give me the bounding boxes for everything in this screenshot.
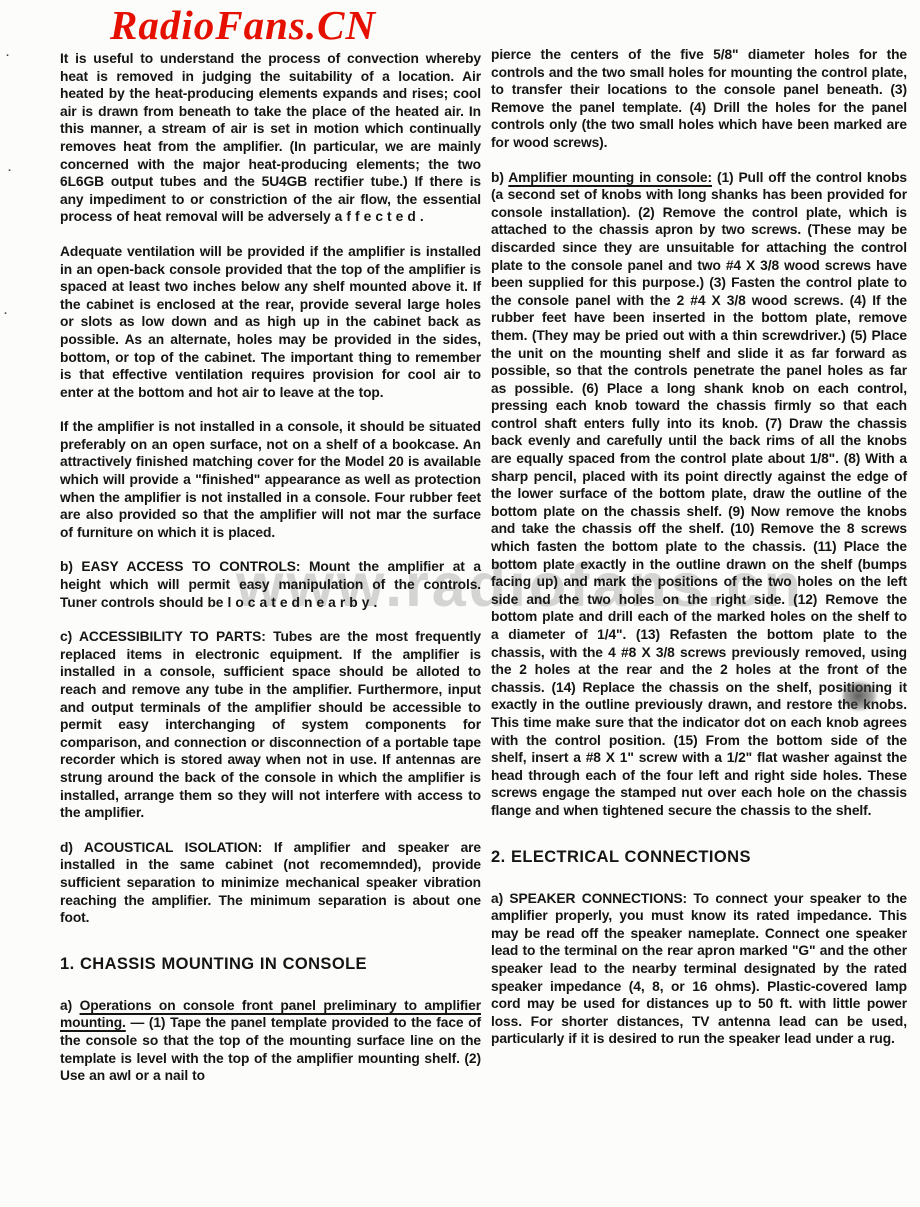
item-label: a): [60, 998, 72, 1013]
paragraph-console-front-panel-operations: a) Operations on console front panel pre…: [60, 997, 481, 1085]
scanned-manual-page: RadioFans.CN www.radiofans.cn It is usef…: [0, 0, 920, 1207]
paragraph-adequate-ventilation: Adequate ventilation will be provided if…: [60, 243, 481, 401]
right-column: pierce the centers of the five 5/8" diam…: [491, 46, 907, 1065]
paragraph-accessibility-to-parts: c) ACCESSIBILITY TO PARTS: Tubes are the…: [60, 628, 481, 822]
section-heading-chassis-mounting: 1. CHASSIS MOUNTING IN CONSOLE: [60, 954, 481, 974]
paragraph-easy-access-to-controls: b) EASY ACCESS TO CONTROLS: Mount the am…: [60, 558, 481, 611]
paragraph-open-surface-placement: If the amplifier is not installed in a c…: [60, 418, 481, 541]
section-heading-electrical-connections: 2. ELECTRICAL CONNECTIONS: [491, 847, 907, 867]
paragraph-speaker-connections: a) SPEAKER CONNECTIONS: To connect your …: [491, 890, 907, 1048]
scan-speck: ·: [4, 308, 8, 320]
item-label: b): [491, 170, 504, 185]
scan-speck: ·: [6, 50, 10, 62]
paragraph-amplifier-mounting-in-console: b) Amplifier mounting in console: (1) Pu…: [491, 169, 907, 820]
paragraph-acoustical-isolation: d) ACOUSTICAL ISOLATION: If amplifier an…: [60, 839, 481, 927]
scan-speck: ·: [8, 165, 12, 177]
paragraph-pierce-hole-centers: pierce the centers of the five 5/8" diam…: [491, 46, 907, 152]
left-column: It is useful to understand the process o…: [60, 50, 481, 1102]
underlined-lead-in: Amplifier mounting in console:: [508, 170, 712, 185]
paragraph-continuation: (1) Pull off the control knobs (a second…: [491, 170, 907, 818]
paragraph-convection-process: It is useful to understand the process o…: [60, 50, 481, 226]
radiofans-brand-watermark: RadioFans.CN: [110, 2, 376, 48]
